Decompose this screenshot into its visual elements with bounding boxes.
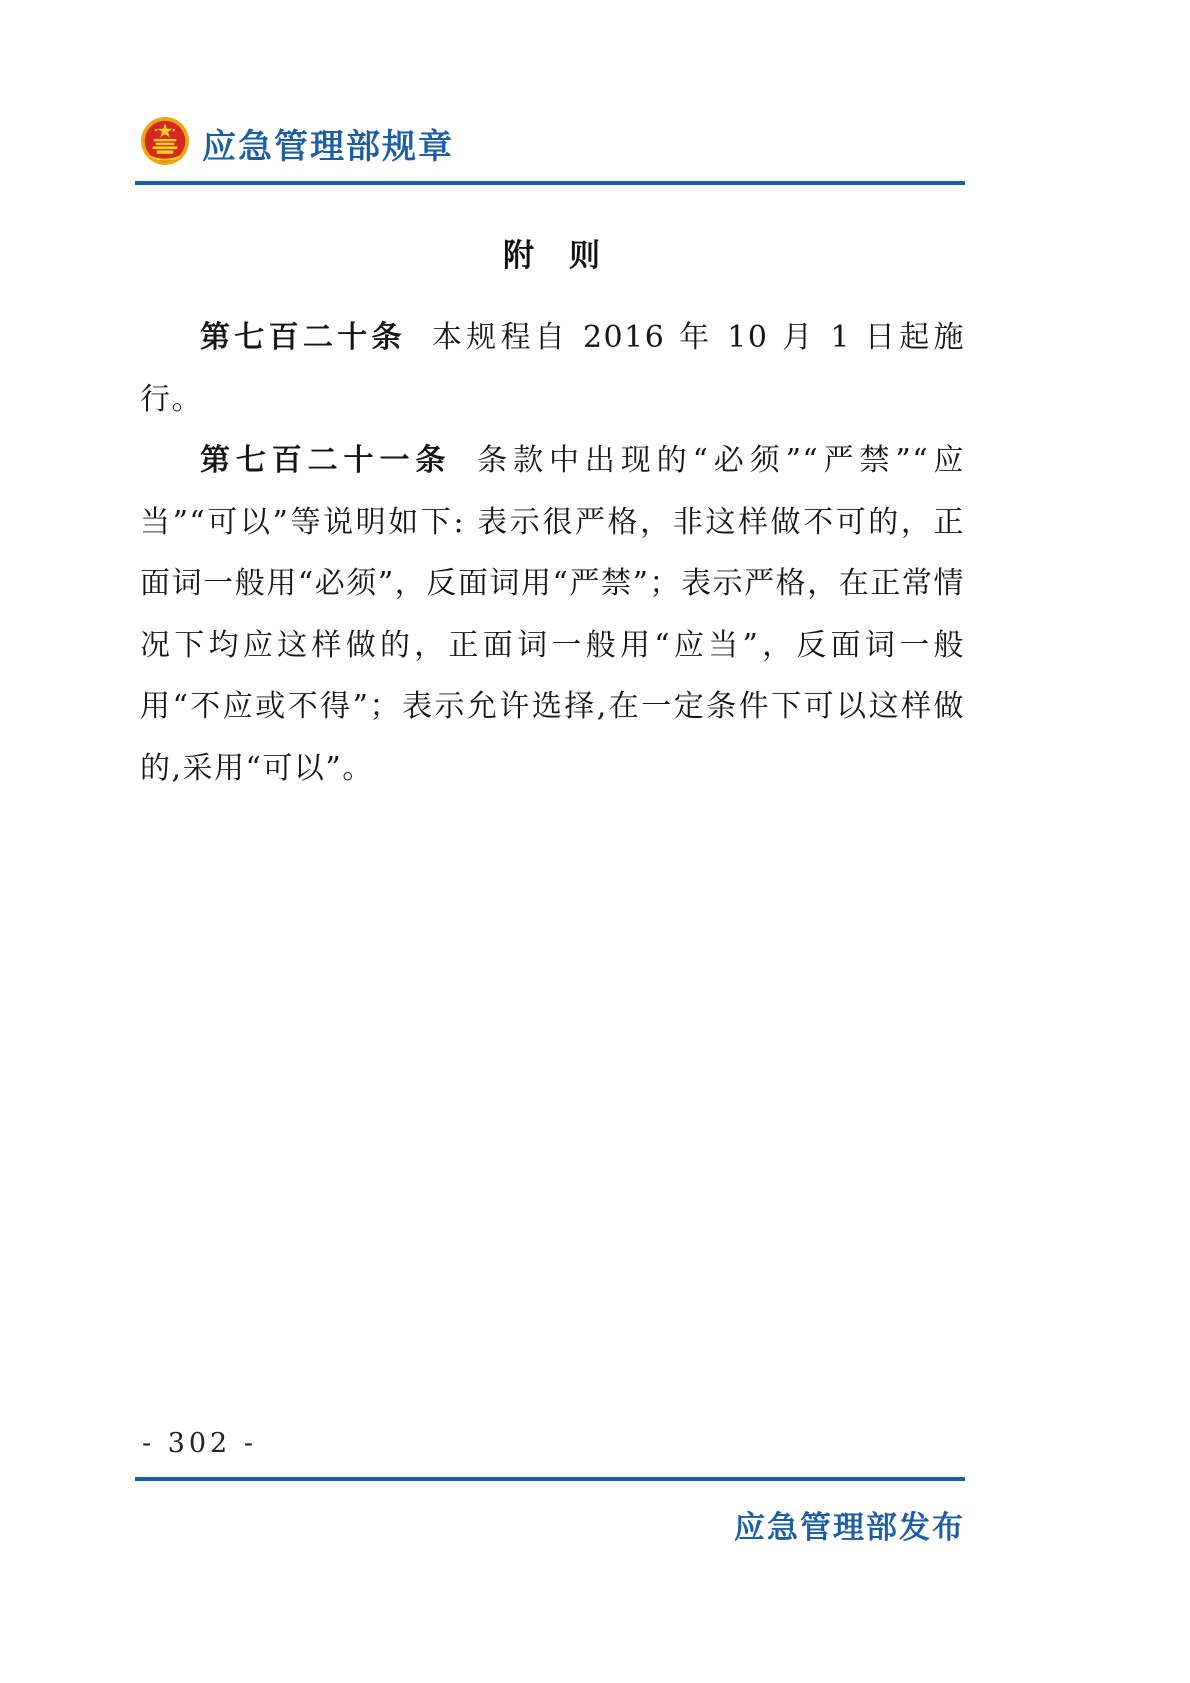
document-body: 第七百二十条本规程自 2016 年 10 月 1 日起施行。 第七百二十一条条款…	[140, 307, 965, 799]
article-721-text: 条款中出现的“必须”“严禁”“应当”“可以”等说明如下: 表示很严格，非这样做不…	[140, 443, 965, 786]
national-emblem-icon	[140, 116, 190, 170]
article-721: 第七百二十一条条款中出现的“必须”“严禁”“应当”“可以”等说明如下: 表示很严…	[140, 430, 965, 799]
article-721-number: 第七百二十一条	[200, 443, 451, 478]
page-number: - 302 -	[142, 1428, 257, 1459]
document-page: 应急管理部规章 附 则 第七百二十条本规程自 2016 年 10 月 1 日起施…	[0, 0, 1190, 1683]
section-title: 附 则	[140, 230, 965, 275]
header-agency-label: 应急管理部规章	[202, 119, 454, 168]
header-divider	[135, 181, 965, 185]
publisher-label: 应急管理部发布	[140, 1502, 965, 1547]
article-720: 第七百二十条本规程自 2016 年 10 月 1 日起施行。	[140, 307, 965, 430]
page-header: 应急管理部规章	[140, 116, 454, 170]
footer-divider	[135, 1477, 965, 1481]
article-720-number: 第七百二十条	[200, 320, 406, 355]
